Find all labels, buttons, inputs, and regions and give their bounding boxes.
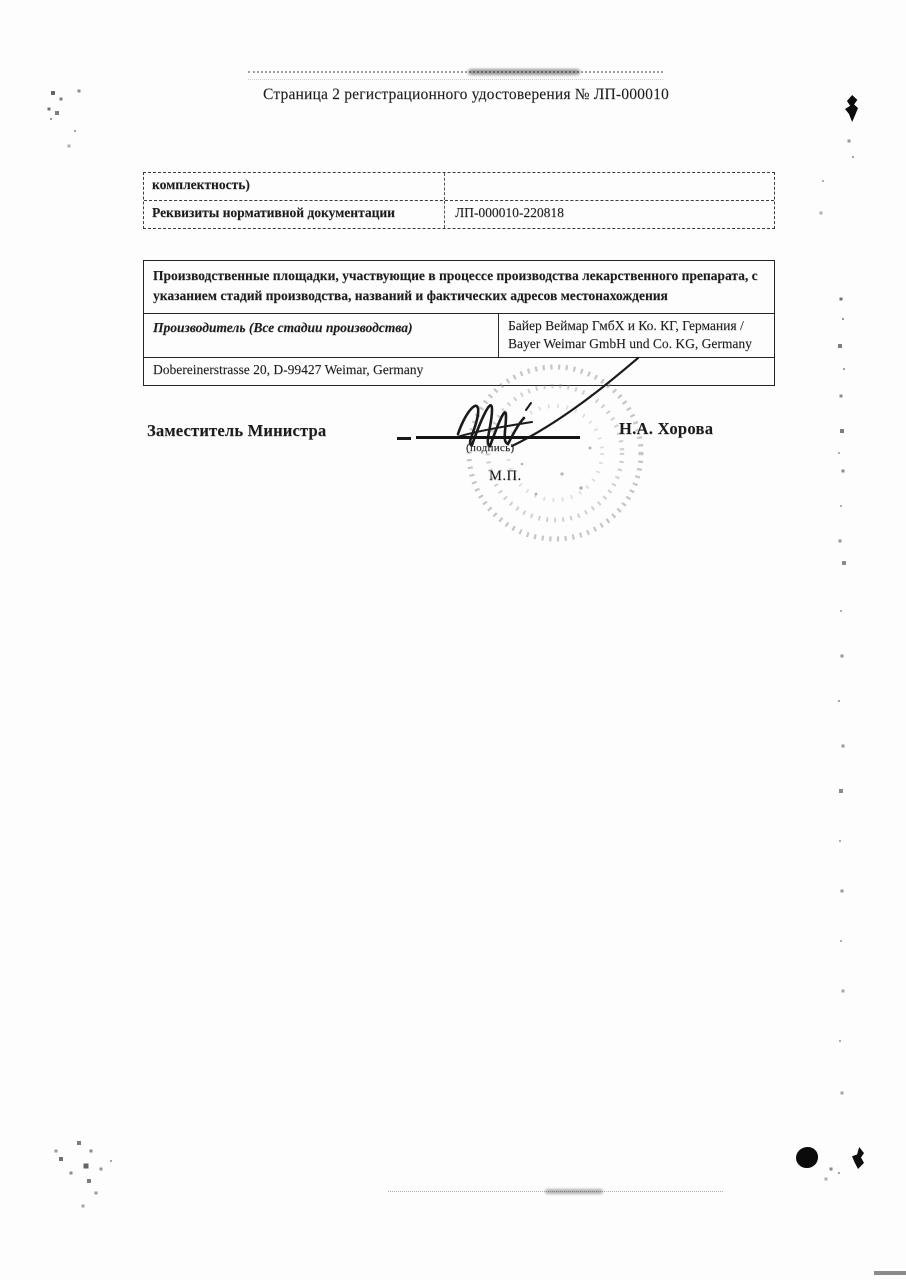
signer-name: Н.А. Хорова	[619, 419, 713, 439]
registry-row-completeness-value	[445, 173, 774, 200]
page-title: Страница 2 регистрационного удостоверени…	[0, 86, 906, 104]
signature-line	[416, 436, 580, 439]
signature-scribble	[454, 358, 638, 446]
producer-value-line1: Байер Веймар ГмбХ и Ко. КГ, Германия /	[508, 317, 768, 336]
scan-noise-top-band	[248, 71, 663, 80]
registry-row-completeness-label: комплектность)	[144, 173, 445, 200]
scanned-document-page: Страница 2 регистрационного удостоверени…	[0, 0, 906, 1280]
position-title: Заместитель Министра	[147, 421, 326, 441]
scan-blob-bottom-right	[852, 1147, 864, 1169]
signature-line-dash	[397, 437, 411, 440]
table-row: комплектность)	[144, 173, 774, 200]
producer-value: Байер Веймар ГмбХ и Ко. КГ, Германия / B…	[499, 314, 774, 358]
scan-speckles	[0, 0, 2, 2]
scan-noise-top-smudge	[468, 69, 580, 75]
production-table-header: Производственные площадки, участвующие в…	[144, 261, 774, 314]
registry-row-requisites-label: Реквизиты нормативной документации	[144, 201, 445, 228]
stamp-dots	[521, 447, 592, 496]
table-row: Реквизиты нормативной документации ЛП-00…	[144, 200, 774, 228]
producer-label: Производитель (Все стадии производства)	[144, 314, 499, 358]
registry-row-requisites-value: ЛП-000010-220818	[445, 201, 774, 228]
scan-black-dot	[796, 1147, 818, 1168]
seal-abbreviation: М.П.	[489, 468, 522, 485]
registry-table: комплектность) Реквизиты нормативной док…	[143, 172, 775, 229]
signature-caption: (подпись)	[466, 442, 514, 454]
scan-noise-bottom-smudge	[545, 1189, 603, 1194]
scan-corner-dash	[874, 1271, 906, 1275]
